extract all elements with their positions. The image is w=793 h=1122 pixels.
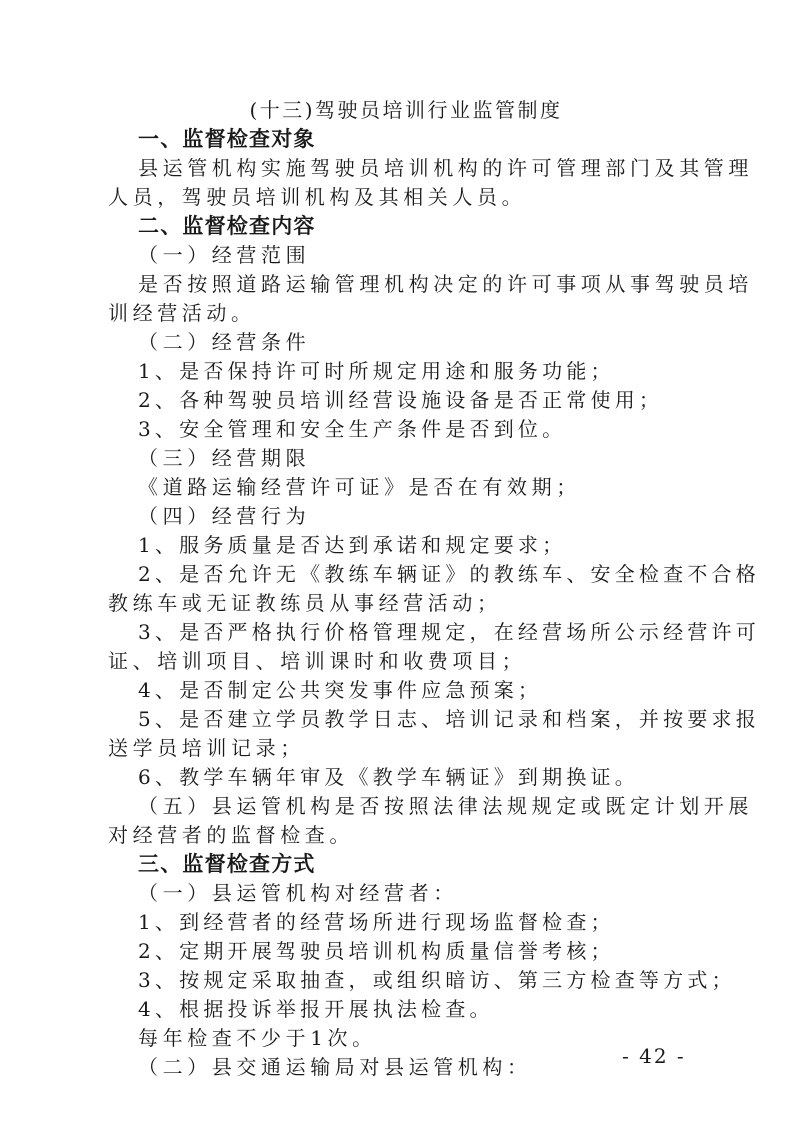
section-heading: 一、监督检查对象 bbox=[108, 125, 674, 154]
paragraph-line: （五）县运管机构是否按照法律法规规定或既定计划开展 bbox=[108, 792, 674, 821]
document-body: 一、监督检查对象县运管机构实施驾驶员培训机构的许可管理部门及其管理人员，驾驶员培… bbox=[108, 125, 674, 1082]
paragraph-continuation: 送学员培训记录； bbox=[108, 734, 674, 763]
list-item: 3、按规定采取抽查，或组织暗访、第三方检查等方式； bbox=[108, 966, 674, 995]
list-item: 3、安全管理和安全生产条件是否到位。 bbox=[108, 415, 674, 444]
document-page: (十三)驾驶员培训行业监管制度 一、监督检查对象县运管机构实施驾驶员培训机构的许… bbox=[108, 96, 674, 1082]
list-item: 4、是否制定公共突发事件应急预案； bbox=[108, 676, 674, 705]
paragraph-line: 是否按照道路运输管理机构决定的许可事项从事驾驶员培 bbox=[108, 270, 674, 299]
paragraph-line: （四）经营行为 bbox=[108, 502, 674, 531]
section-heading: 三、监督检查方式 bbox=[108, 850, 674, 879]
paragraph-line: （二）县交通运输局对县运管机构： bbox=[108, 1053, 674, 1082]
paragraph-line: （一）经营范围 bbox=[108, 241, 674, 270]
list-item: 2、是否允许无《教练车辆证》的教练车、安全检查不合格 bbox=[108, 560, 674, 589]
paragraph-continuation: 证、培训项目、培训课时和收费项目； bbox=[108, 647, 674, 676]
list-item: 2、各种驾驶员培训经营设施设备是否正常使用； bbox=[108, 386, 674, 415]
paragraph-line: 《道路运输经营许可证》是否在有效期； bbox=[108, 473, 674, 502]
paragraph-continuation: 人员，驾驶员培训机构及其相关人员。 bbox=[108, 183, 674, 212]
page-number: - 42 - bbox=[622, 1044, 686, 1068]
paragraph-continuation: 训经营活动。 bbox=[108, 299, 674, 328]
list-item: 6、教学车辆年审及《教学车辆证》到期换证。 bbox=[108, 763, 674, 792]
list-item: 4、根据投诉举报开展执法检查。 bbox=[108, 995, 674, 1024]
document-title: (十三)驾驶员培训行业监管制度 bbox=[108, 96, 674, 125]
list-item: 3、是否严格执行价格管理规定，在经营场所公示经营许可 bbox=[108, 618, 674, 647]
list-item: 1、服务质量是否达到承诺和规定要求； bbox=[108, 531, 674, 560]
list-item: 2、定期开展驾驶员培训机构质量信誉考核； bbox=[108, 937, 674, 966]
paragraph-continuation: 对经营者的监督检查。 bbox=[108, 821, 674, 850]
list-item: 5、是否建立学员教学日志、培训记录和档案，并按要求报 bbox=[108, 705, 674, 734]
paragraph-line: 县运管机构实施驾驶员培训机构的许可管理部门及其管理 bbox=[108, 154, 674, 183]
paragraph-line: （三）经营期限 bbox=[108, 444, 674, 473]
paragraph-line: （二）经营条件 bbox=[108, 328, 674, 357]
paragraph-line: 每年检查不少于1次。 bbox=[108, 1024, 674, 1053]
paragraph-line: （一）县运管机构对经营者： bbox=[108, 879, 674, 908]
paragraph-continuation: 教练车或无证教练员从事经营活动； bbox=[108, 589, 674, 618]
section-heading: 二、监督检查内容 bbox=[108, 212, 674, 241]
list-item: 1、是否保持许可时所规定用途和服务功能； bbox=[108, 357, 674, 386]
list-item: 1、到经营者的经营场所进行现场监督检查； bbox=[108, 908, 674, 937]
